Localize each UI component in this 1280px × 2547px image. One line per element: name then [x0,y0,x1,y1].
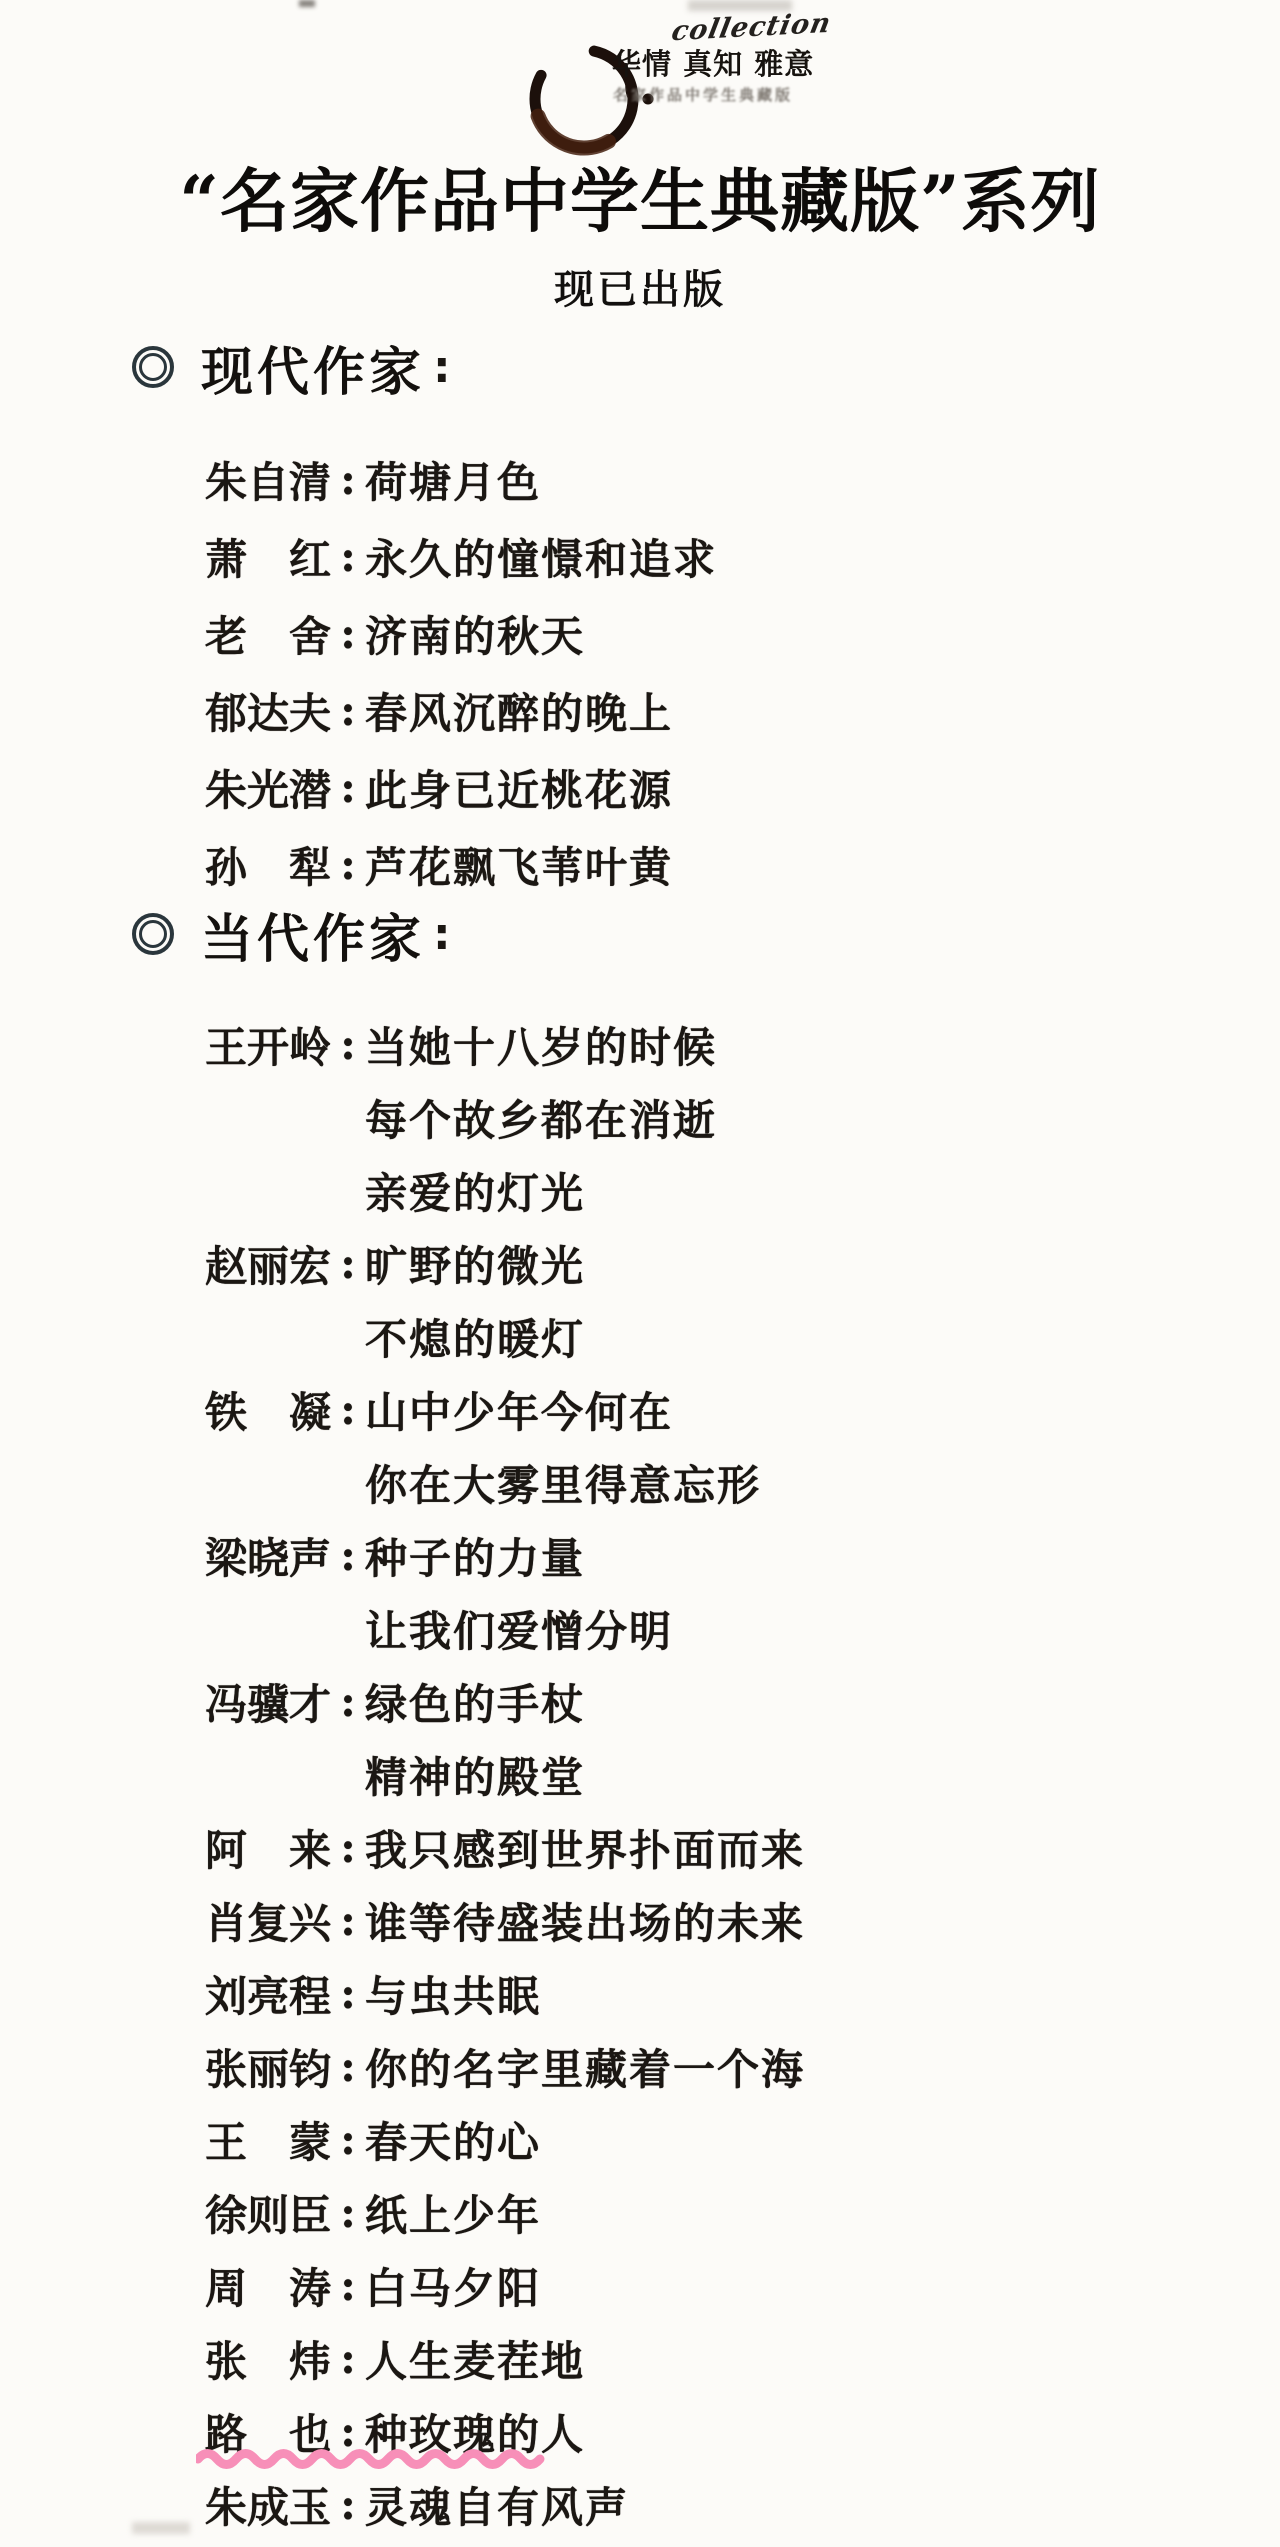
book-title: 与虫共眠 [365,1964,541,2024]
author-name: 刘亮程 [205,1964,331,2024]
list-row: 孙犁:芦花飘飞苇叶黄 [0,826,1280,903]
author-colon: : [331,1896,365,1945]
author-colon: : [331,840,365,889]
book-title: 不熄的暖灯 [365,1307,585,1367]
author-name: 老舍 [205,604,331,664]
list-row: 徐则臣:纸上少年 [0,2176,1280,2249]
author-name: 萧红 [205,527,331,587]
section-modern-writers: 现代作家:朱自清:荷塘月色萧红:永久的憧憬和追求老舍:济南的秋天郁达夫:春风沉醉… [0,336,1280,903]
book-title: 山中少年今何在 [365,1380,673,1440]
author-colon: : [331,2407,365,2456]
list-row: 阿来:我只感到世界扑面而来 [0,1811,1280,1884]
author-colon: : [331,2261,365,2310]
section-contemporary-writers: 当代作家:王开岭:当她十八岁的时候占位:每个故乡都在消逝占位:亲爱的灯光赵丽宏:… [0,903,1280,2541]
author-name: 梁晓声 [205,1526,331,1586]
author-colon: : [331,2042,365,2091]
author-name: 肖复兴 [205,1891,331,1951]
book-title: 每个故乡都在消逝 [365,1088,717,1148]
book-title: 济南的秋天 [365,604,585,664]
list-row-continuation: 占位:让我们爱憎分明 [0,1592,1280,1665]
author-colon: : [331,609,365,658]
double-ring-icon [132,346,174,388]
author-colon: : [331,1020,365,1069]
list-row: 萧红:永久的憧憬和追求 [0,518,1280,595]
list-row: 张丽钧:你的名字里藏着一个海 [0,2030,1280,2103]
book-title: 精神的殿堂 [365,1745,585,1805]
list-row: 朱自清:荷塘月色 [0,441,1280,518]
list-row: 王开岭:当她十八岁的时候 [0,1008,1280,1081]
page-subtitle: 现已出版 [0,258,1280,315]
list-row: 王蒙:春天的心 [0,2103,1280,2176]
author-colon: : [331,686,365,735]
book-title: 我只感到世界扑面而来 [365,1818,805,1878]
author-colon: : [331,2115,365,2164]
author-name: 朱自清 [205,450,331,510]
list-row-continuation: 占位:你在大雾里得意忘形 [0,1446,1280,1519]
author-name: 朱光潜 [205,758,331,818]
author-name: 路也 [205,2402,331,2462]
author-colon: : [331,1969,365,2018]
list-row: 老舍:济南的秋天 [0,595,1280,672]
section-header: 当代作家: [0,903,1280,965]
list-row: 郁达夫:春风沉醉的晚上 [0,672,1280,749]
list-row: 张炜:人生麦茬地 [0,2322,1280,2395]
list-row: 朱成玉:灵魂自有风声 [0,2468,1280,2541]
author-name: 郁达夫 [205,681,331,741]
book-title: 你的名字里藏着一个海 [365,2037,805,2097]
author-colon: : [331,2188,365,2237]
book-title: 灵魂自有风声 [365,2475,629,2535]
section-label: 现代作家 [201,330,425,405]
book-title: 人生麦茬地 [365,2329,585,2389]
book-title: 春天的心 [365,2110,541,2170]
list-row: 冯骥才:绿色的手杖 [0,1665,1280,1738]
author-colon: : [331,1531,365,1580]
section-label-colon: : [433,909,451,960]
list-row-continuation: 占位:精神的殿堂 [0,1738,1280,1811]
list-row: 梁晓声:种子的力量 [0,1519,1280,1592]
section-header: 现代作家: [0,336,1280,398]
section-label: 当代作家 [201,897,425,972]
section-label-colon: : [433,342,451,393]
book-title: 让我们爱憎分明 [365,1599,673,1659]
book-title: 你在大雾里得意忘形 [365,1453,761,1513]
author-colon: : [331,763,365,812]
author-name: 赵丽宏 [205,1234,331,1294]
double-ring-icon [132,913,174,955]
list-row: 朱光潜:此身已近桃花源 [0,749,1280,826]
author-name: 周涛 [205,2256,331,2316]
author-name: 铁凝 [205,1380,331,1440]
author-colon: : [331,1823,365,1872]
book-title: 春风沉醉的晚上 [365,681,673,741]
author-colon: : [331,532,365,581]
author-name: 张丽钧 [205,2037,331,2097]
book-title: 当她十八岁的时候 [365,1015,717,1075]
book-title: 亲爱的灯光 [365,1161,585,1221]
list-row: 铁凝:山中少年今何在 [0,1373,1280,1446]
author-colon: : [331,1677,365,1726]
author-name: 王开岭 [205,1015,331,1075]
author-name: 王蒙 [205,2110,331,2170]
book-title: 荷塘月色 [365,450,541,510]
book-title: 旷野的微光 [365,1234,585,1294]
book-title: 绿色的手杖 [365,1672,585,1732]
logo-slogan: 华情 真知 雅意 [612,42,814,83]
book-title: 芦花飘飞苇叶黄 [365,835,673,895]
book-title: 种玫瑰的人 [365,2402,585,2462]
book-title: 谁等待盛装出场的未来 [365,1891,805,1951]
author-colon: : [331,1385,365,1434]
author-name: 朱成玉 [205,2475,331,2535]
list-row: 周涛:白马夕阳 [0,2249,1280,2322]
list-row: 赵丽宏:旷野的微光 [0,1227,1280,1300]
list-row-continuation: 占位:不熄的暖灯 [0,1300,1280,1373]
author-colon: : [331,2334,365,2383]
book-title: 纸上少年 [365,2183,541,2243]
logo-subtext: 名家作品中学生典藏版 [613,84,793,105]
page-title: “名家作品中学生典藏版”系列 [0,146,1280,245]
author-name: 徐则臣 [205,2183,331,2243]
book-title: 此身已近桃花源 [365,758,673,818]
scanned-book-page: collection 华情 真知 雅意 名家作品中学生典藏版 “名家作品中学生典… [0,0,1280,2547]
author-colon: : [331,1239,365,1288]
list-row: 肖复兴:谁等待盛装出场的未来 [0,1884,1280,1957]
scan-smudge-artifact [299,0,315,7]
book-title: 永久的憧憬和追求 [365,527,717,587]
author-name: 阿来 [205,1818,331,1878]
scan-smudge-artifact [688,0,792,11]
list-row: 路也:种玫瑰的人 [0,2395,1280,2468]
author-name: 孙犁 [205,835,331,895]
list-row-continuation: 占位:亲爱的灯光 [0,1154,1280,1227]
list-row-continuation: 占位:每个故乡都在消逝 [0,1081,1280,1154]
author-colon: : [331,2480,365,2529]
book-title: 白马夕阳 [365,2256,541,2316]
author-colon: : [331,455,365,504]
author-name: 冯骥才 [205,1672,331,1732]
author-name: 张炜 [205,2329,331,2389]
book-title: 种子的力量 [365,1526,585,1586]
list-row: 刘亮程:与虫共眠 [0,1957,1280,2030]
